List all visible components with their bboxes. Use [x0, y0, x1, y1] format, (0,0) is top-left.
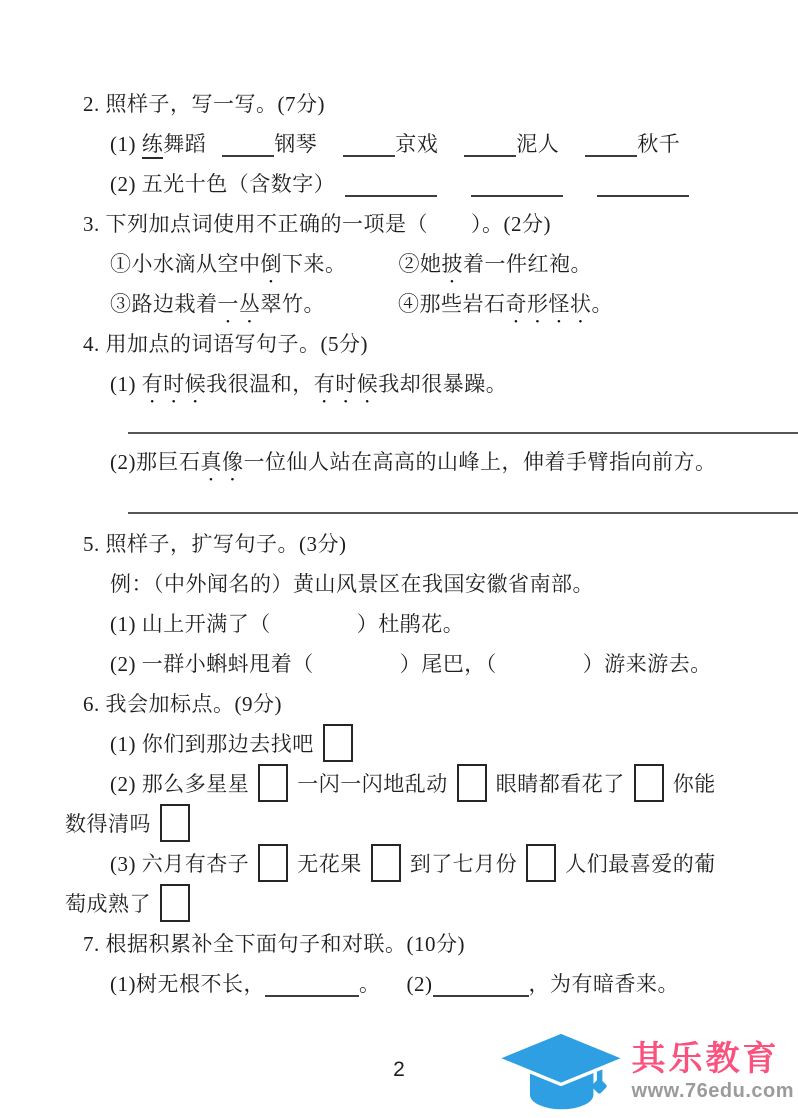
text-run: 数得清吗 [65, 812, 151, 836]
question-3-options-row-2: ③路边栽着一丛翠竹。④那些岩石奇形怪状。 [65, 284, 770, 324]
answer-blank [265, 995, 359, 997]
question-6-item-3: (3) 六月有杏子无花果到了七月份人们最喜爱的葡 [65, 844, 770, 884]
emphasis-dotted-word: 有时候 [142, 372, 207, 396]
punctuation-box [323, 724, 353, 762]
example-underlined-word: 练 [142, 132, 164, 159]
text-run: (1) 山上开满了（ ）杜鹃花。 [110, 612, 464, 636]
text-run: 秋千 [637, 132, 680, 156]
text-run: 。 [359, 972, 381, 996]
punctuation-box [371, 844, 401, 882]
question-6-item-2: (2) 那么多星星一闪一闪地乱动眼睛都看花了你能 [65, 764, 770, 804]
answer-blank [585, 155, 637, 157]
worksheet-body: 2. 照样子，写一写。(7分)(1) 练舞蹈钢琴京戏泥人秋千(2) 五光十色（含… [0, 0, 798, 1004]
brand-name: 其乐教育 [632, 1040, 794, 1079]
text-run: 4. 用加点的词语写句子。(5分) [83, 332, 368, 356]
punctuation-box [160, 804, 190, 842]
text-run: 6. 我会加标点。(9分) [83, 692, 282, 716]
punctuation-box [258, 764, 288, 802]
question-6-item-1: (1) 你们到那边去找吧 [65, 724, 770, 764]
text-run: (1) 你们到那边去找吧 [110, 732, 314, 756]
question-6-item-2-cont: 数得清吗 [65, 804, 770, 844]
text-run: (2) 那么多星星 [110, 772, 249, 796]
answer-blank [343, 155, 395, 157]
answer-line [128, 512, 798, 514]
emphasis-dotted-word: 一丛 [218, 292, 261, 316]
question-3-options-row-1: ①小水滴从空中倒下来。②她披着一件红袍。 [65, 244, 770, 284]
emphasis-dotted-word: 奇形怪状 [506, 292, 592, 316]
text-run: 翠竹。 [261, 292, 326, 316]
answer-blank [597, 195, 689, 197]
punctuation-box [526, 844, 556, 882]
emphasis-dotted-word: 有时候 [314, 372, 379, 396]
text-run: 7. 根据积累补全下面句子和对联。(10分) [83, 932, 465, 956]
emphasis-dotted-word: 真像 [201, 450, 244, 474]
brand-url: www.76edu.com [632, 1080, 794, 1102]
text-run: 到了七月份 [410, 852, 518, 876]
text-run: 一位仙人站在高高的山峰上，伸着手臂指向前方。 [244, 450, 717, 474]
worksheet-page: 2. 照样子，写一写。(7分)(1) 练舞蹈钢琴京戏泥人秋千(2) 五光十色（含… [0, 0, 798, 1118]
punctuation-box [160, 884, 190, 922]
text-run: 泥人 [516, 132, 559, 156]
text-run: 5. 照样子，扩写句子。(3分) [83, 532, 347, 556]
answer-blank [464, 155, 516, 157]
text-run: 你能 [673, 772, 716, 796]
punctuation-box [258, 844, 288, 882]
punctuation-box [457, 764, 487, 802]
text-run: 人们最喜爱的葡 [565, 852, 716, 876]
text-run: ，为有暗香来。 [529, 972, 680, 996]
question-7-item: (1)树无根不长，。(2)，为有暗香来。 [65, 964, 770, 1004]
text-run: 3. 下列加点词使用不正确的一项是（ ）。(2分) [83, 212, 551, 236]
text-run: (1) [110, 372, 142, 396]
text-run: (2) 一群小蝌蚪甩着（ ）尾巴，（ ）游来游去。 [110, 652, 712, 676]
text-run: (3) 六月有杏子 [110, 852, 249, 876]
question-4-heading: 4. 用加点的词语写句子。(5分) [65, 324, 770, 364]
question-2-heading: 2. 照样子，写一写。(7分) [65, 84, 770, 124]
text-run: 舞蹈 [163, 132, 206, 156]
punctuation-box [634, 764, 664, 802]
text-run: 一闪一闪地乱动 [297, 772, 448, 796]
text-run: ④那些岩石 [398, 292, 506, 316]
answer-blank [433, 995, 529, 997]
text-run: ①小水滴从空中 [110, 252, 261, 276]
text-run: (2)那巨石 [110, 450, 201, 474]
emphasis-dotted-word: 倒 [261, 252, 283, 276]
question-5-item-2: (2) 一群小蝌蚪甩着（ ）尾巴，（ ）游来游去。 [65, 644, 770, 684]
text-run: ③路边栽着 [110, 292, 218, 316]
text-run: (2) 五光十色（含数字） [110, 172, 335, 196]
question-2-item-2: (2) 五光十色（含数字） [65, 164, 770, 204]
text-run: 京戏 [395, 132, 438, 156]
question-7-heading: 7. 根据积累补全下面句子和对联。(10分) [65, 924, 770, 964]
text-run: 萄成熟了 [65, 892, 151, 916]
text-run: 无花果 [297, 852, 362, 876]
text-run: 钢琴 [274, 132, 317, 156]
question-3-heading: 3. 下列加点词使用不正确的一项是（ ）。(2分) [65, 204, 770, 244]
text-run: 。 [592, 292, 614, 316]
emphasis-dotted-word: 披 [442, 252, 464, 276]
text-run: 2. 照样子，写一写。(7分) [83, 92, 325, 116]
question-5-item-1: (1) 山上开满了（ ）杜鹃花。 [65, 604, 770, 644]
text-run: (1) [110, 132, 142, 156]
text-run: 例：（中外闻名的）黄山风景区在我国安徽省南部。 [110, 572, 594, 596]
text-run: 我很温和， [206, 372, 314, 396]
brand-text: 其乐教育 www.76edu.com [632, 1040, 794, 1101]
text-run: 眼睛都看花了 [496, 772, 625, 796]
text-run: 我却很暴躁。 [378, 372, 507, 396]
question-5-heading: 5. 照样子，扩写句子。(3分) [65, 524, 770, 564]
brand-logo: 其乐教育 www.76edu.com [492, 1026, 794, 1116]
answer-blank [222, 155, 274, 157]
text-run: ②她 [399, 252, 442, 276]
text-run: 下来。 [282, 252, 347, 276]
question-6-heading: 6. 我会加标点。(9分) [65, 684, 770, 724]
question-5-example: 例：（中外闻名的）黄山风景区在我国安徽省南部。 [65, 564, 770, 604]
answer-line [128, 432, 798, 434]
answer-line-2 [65, 512, 770, 514]
graduation-cap-icon [492, 1026, 630, 1116]
text-run: (2) [407, 972, 433, 996]
answer-blank [471, 195, 563, 197]
question-2-item-1: (1) 练舞蹈钢琴京戏泥人秋千 [65, 124, 770, 164]
answer-line-1 [65, 432, 770, 434]
question-4-item-2: (2)那巨石真像一位仙人站在高高的山峰上，伸着手臂指向前方。 [65, 442, 770, 482]
text-run: (1)树无根不长， [110, 972, 265, 996]
question-6-item-3-cont: 萄成熟了 [65, 884, 770, 924]
answer-blank [345, 195, 437, 197]
question-4-item-1: (1) 有时候我很温和，有时候我却很暴躁。 [65, 364, 770, 404]
text-run: 着一件红袍。 [463, 252, 592, 276]
